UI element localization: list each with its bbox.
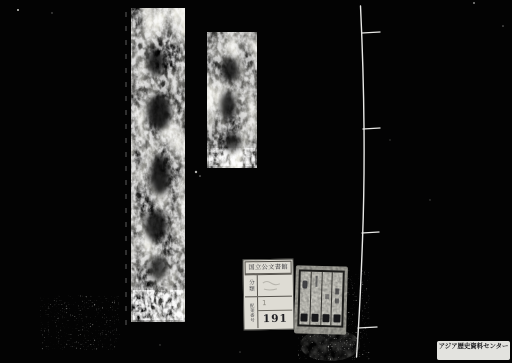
faint-handwriting <box>260 278 292 294</box>
stamp-square <box>322 314 329 322</box>
subtitle-label-strip <box>207 32 257 168</box>
shelf-number-value: 1 191 <box>258 297 292 328</box>
title-label-strip <box>131 8 185 322</box>
shelf-number-bottom: 191 <box>258 311 292 328</box>
binding-stitch <box>363 128 380 129</box>
shelf-label-column <box>332 272 343 325</box>
jacar-watermark: アジア歴史資料センター Japan Center for Asian Histo… <box>437 341 510 360</box>
shelf-number-key: 配架番号 <box>245 297 258 328</box>
shelf-number-top: 1 <box>258 297 292 311</box>
archives-label-body: 分類 配架番号 1 191 <box>245 274 293 329</box>
stamp-square <box>333 314 340 322</box>
archives-label-header: 国立公文書館 <box>245 261 292 275</box>
faded-ink-mark <box>302 280 307 288</box>
scan-page: 国立公文書館 分類 配架番号 1 191 <box>0 0 512 363</box>
shelf-label <box>294 265 348 334</box>
binding-stitch <box>362 232 379 233</box>
faded-ink-mark <box>335 288 339 294</box>
classification-key: 分類 <box>245 275 258 296</box>
stamp-square <box>301 313 308 321</box>
classification-row: 分類 <box>245 275 292 298</box>
archives-label: 国立公文書館 分類 配架番号 1 191 <box>243 259 295 331</box>
faded-ink-mark <box>335 298 339 303</box>
faded-ink-mark <box>315 276 317 287</box>
faded-ink-mark <box>325 294 329 299</box>
jacar-watermark-title: アジア歴史資料センター <box>437 342 510 351</box>
classification-value <box>258 275 292 296</box>
shelf-label-frame <box>297 269 345 327</box>
stamp-square <box>312 314 319 322</box>
binding-stitch <box>362 32 380 33</box>
shelf-number-row: 配架番号 1 191 <box>245 297 292 329</box>
